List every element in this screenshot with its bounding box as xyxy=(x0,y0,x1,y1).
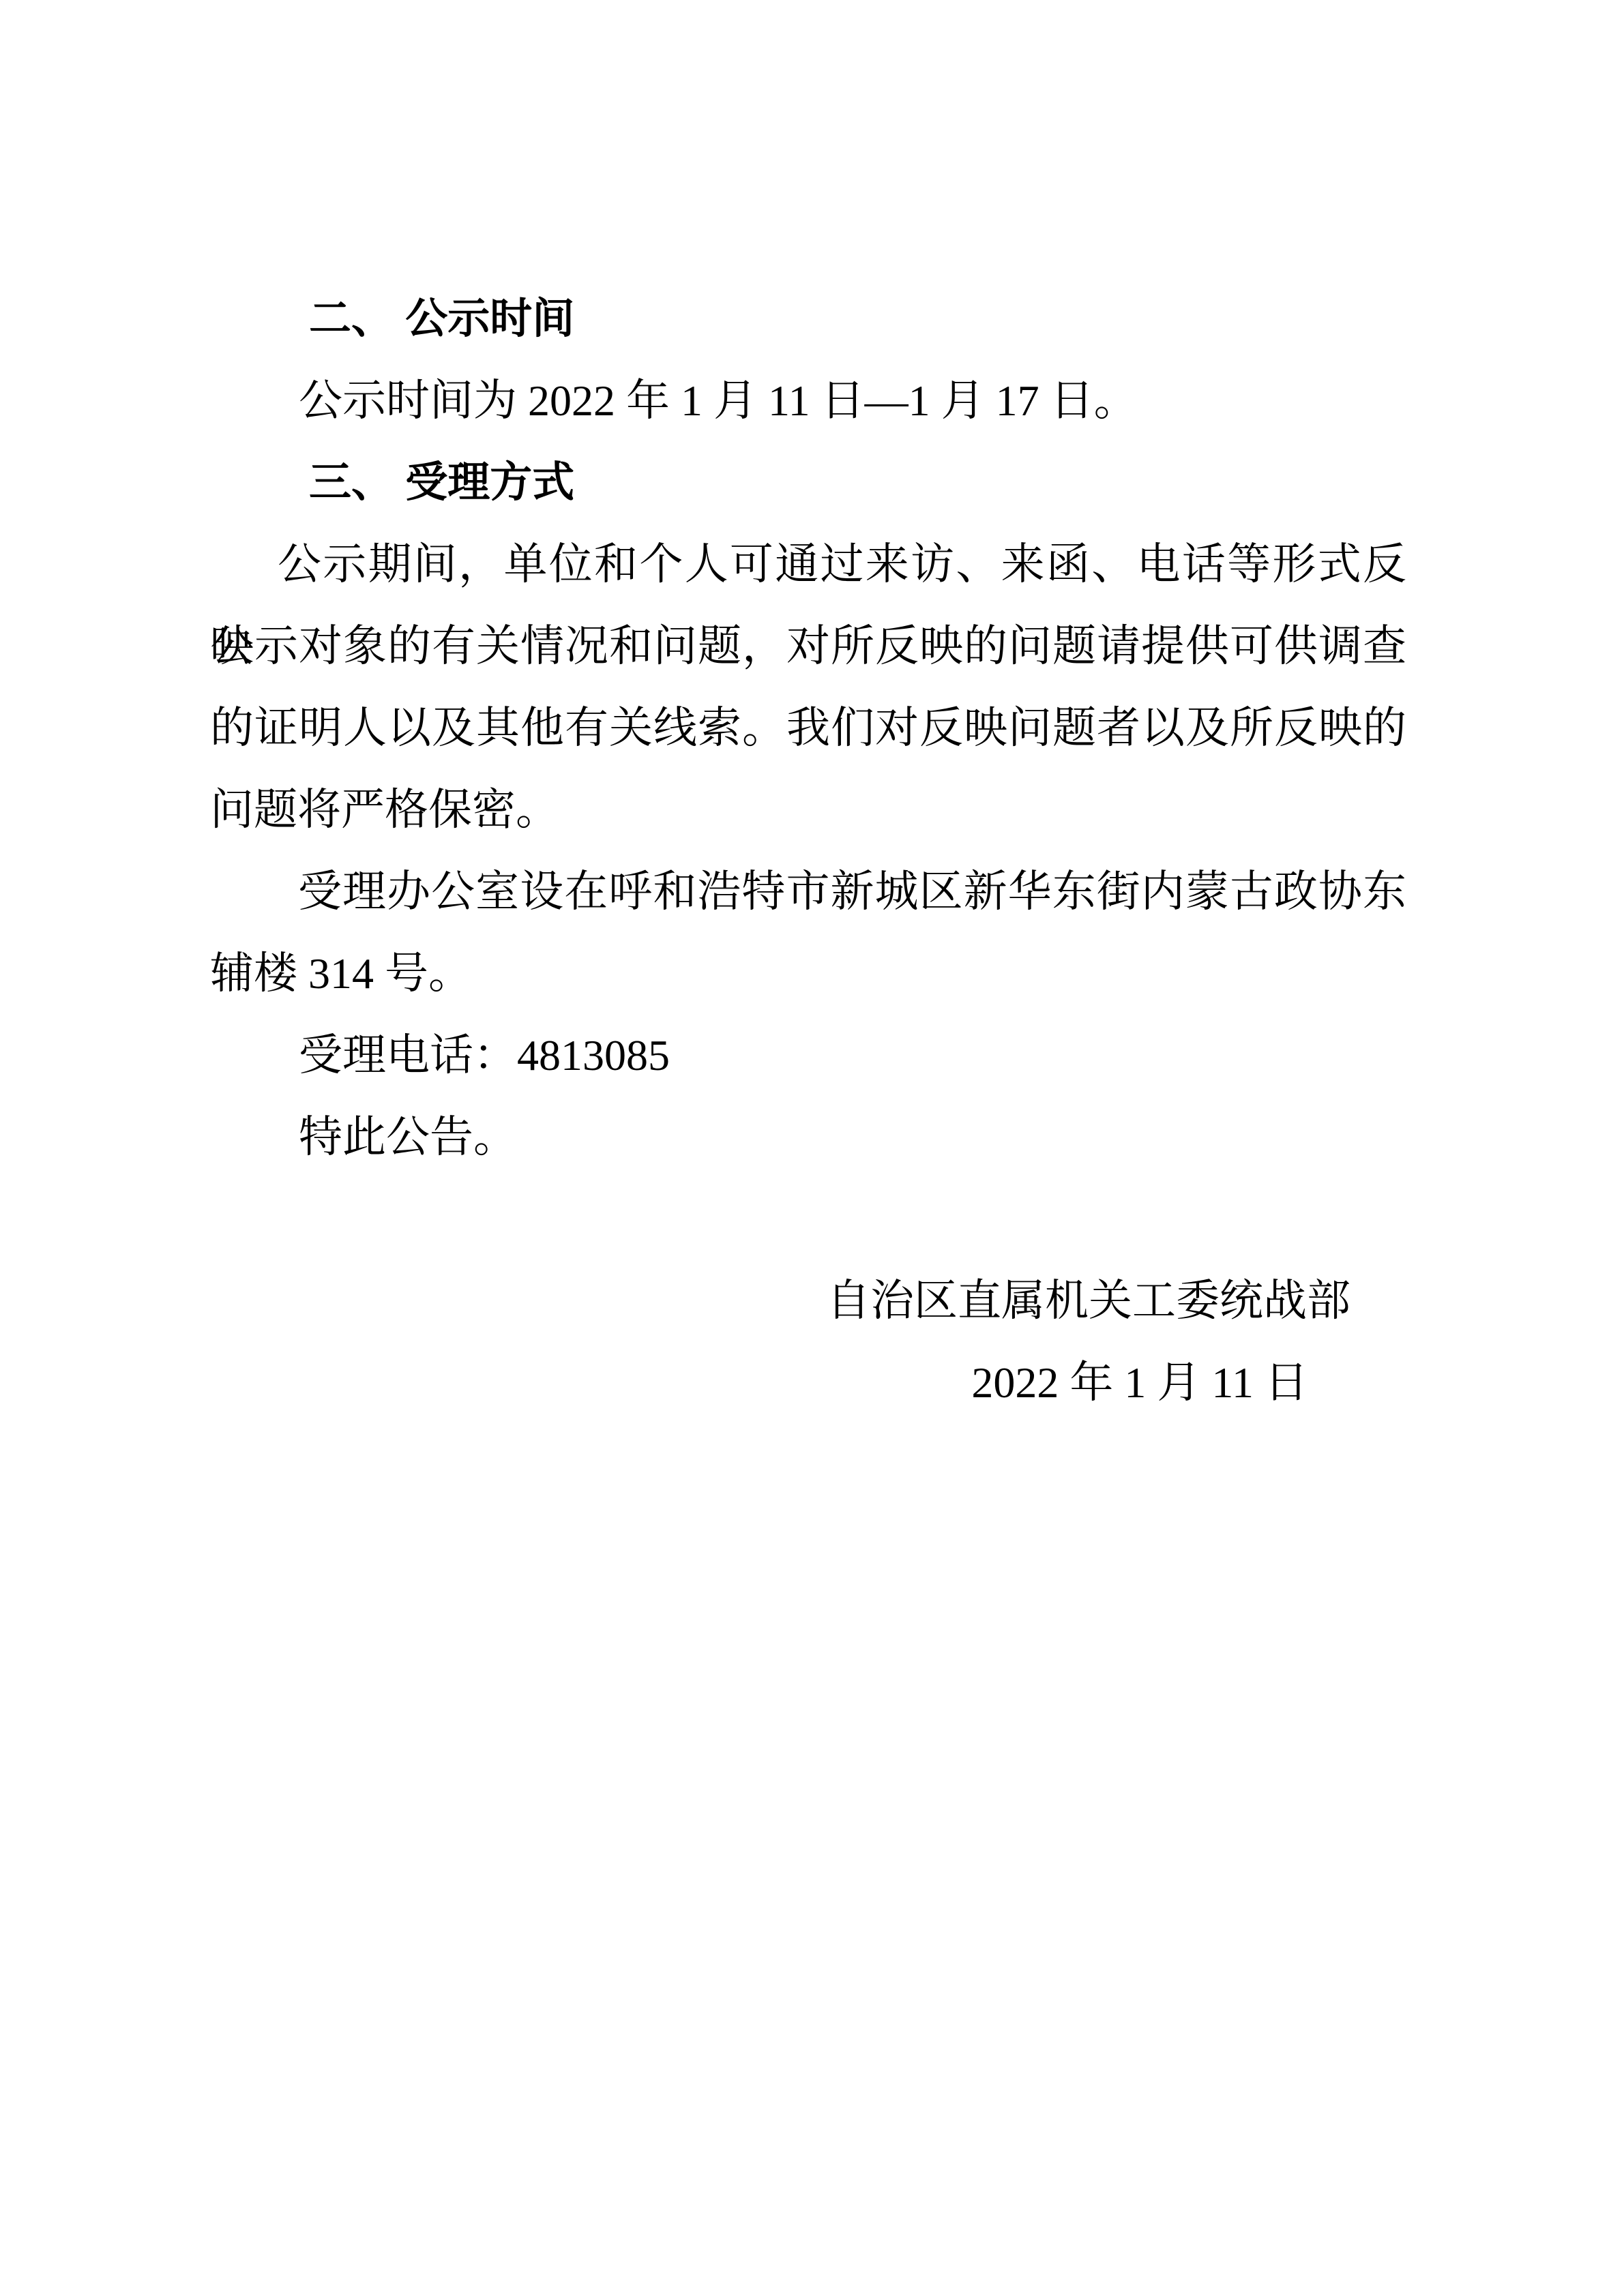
closing-line: 特此公告。 xyxy=(210,1097,1406,1178)
office-address-line-1: 受理办公室设在呼和浩特市新城区新华东街内蒙古政协东 xyxy=(210,851,1406,933)
acceptance-paragraph-line-4: 问题将严格保密。 xyxy=(210,769,1406,851)
acceptance-paragraph-line-3: 的证明人以及其他有关线索。我们对反映问题者以及所反映的 xyxy=(210,687,1406,769)
signature-date: 2022 年 1 月 11 日 xyxy=(210,1342,1406,1424)
publicity-period-line: 公示时间为 2022 年 1 月 11 日—1 月 17 日。 xyxy=(210,360,1406,442)
phone-line: 受理电话：4813085 xyxy=(210,1015,1406,1097)
acceptance-paragraph-line-2: 公示对象的有关情况和问题，对所反映的问题请提供可供调查 xyxy=(210,606,1406,687)
signature-org: 自治区直属机关工委统战部 xyxy=(210,1260,1406,1342)
document-body: 二、 公示时间 公示时间为 2022 年 1 月 11 日—1 月 17 日。 … xyxy=(210,278,1406,1424)
document-page: 二、 公示时间 公示时间为 2022 年 1 月 11 日—1 月 17 日。 … xyxy=(0,0,1624,2296)
section-3-heading: 三、 受理方式 xyxy=(210,442,1406,524)
acceptance-paragraph-line-1: 公示期间，单位和个人可通过来访、来函、电话等形式反映 xyxy=(210,524,1406,606)
office-address-line-2: 辅楼 314 号。 xyxy=(210,933,1406,1015)
section-2-heading: 二、 公示时间 xyxy=(210,278,1406,360)
blank-line xyxy=(210,1178,1406,1260)
